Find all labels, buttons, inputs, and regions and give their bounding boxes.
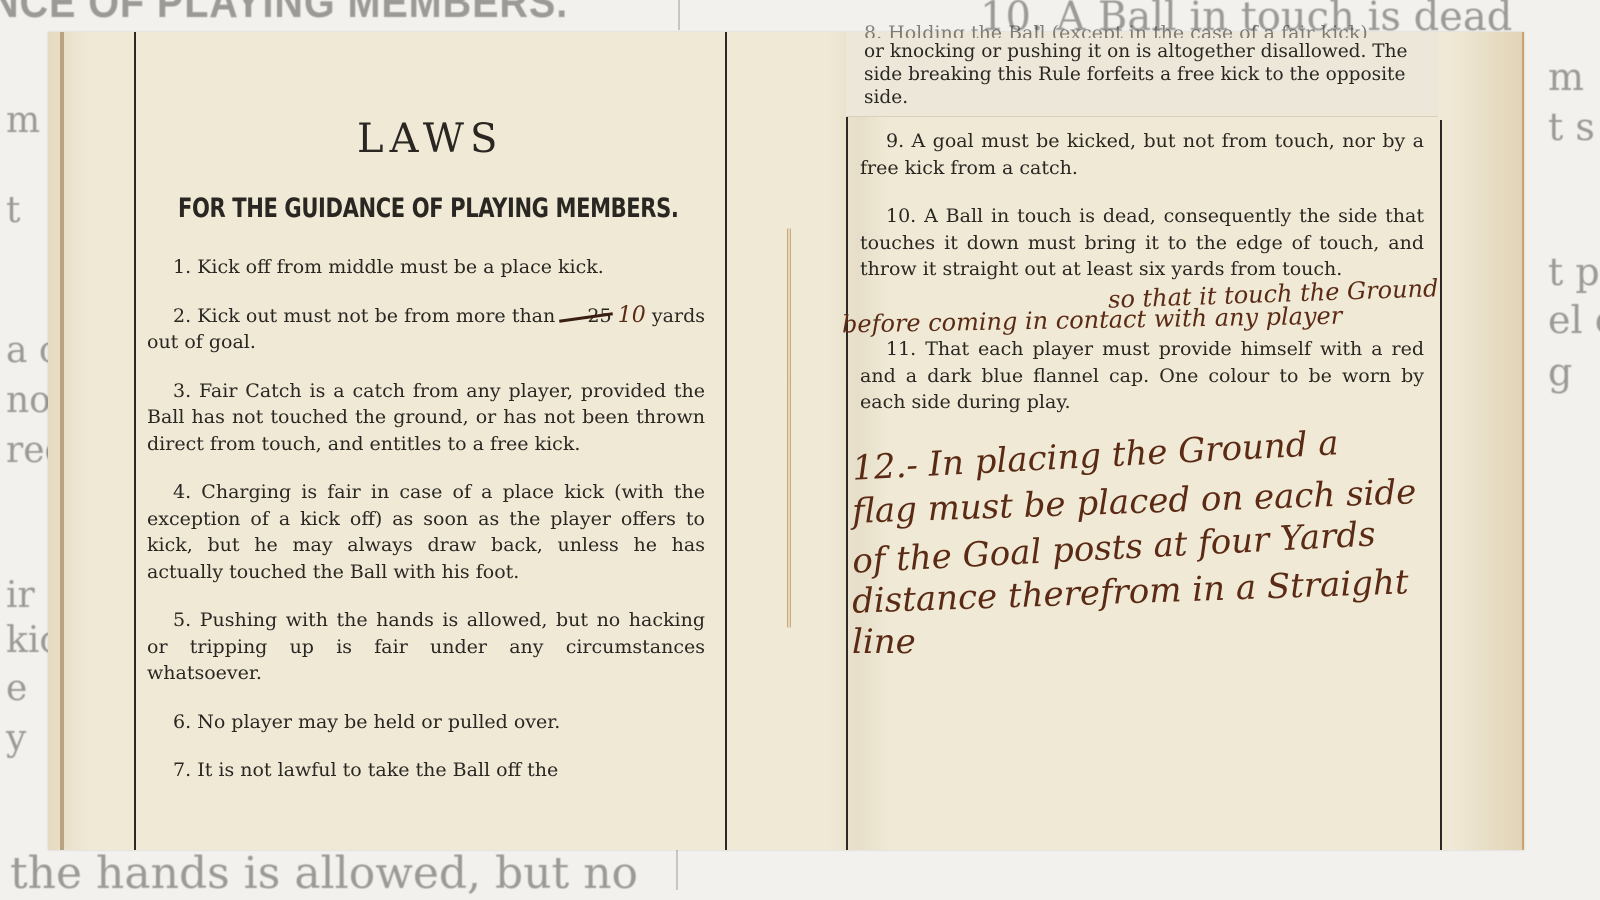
rule-11-block: 11. That each player must provide himsel… (860, 336, 1424, 438)
rule-11: 11. That each player must provide himsel… (860, 336, 1424, 416)
rule-7: 7. It is not lawful to take the Ball off… (147, 757, 705, 784)
center-column-rule (725, 32, 727, 850)
left-column-rule (134, 32, 136, 850)
background-right-fragment: t s (1548, 105, 1595, 149)
rule-6: 6. No player may be held or pulled over. (147, 709, 705, 736)
right-column-rule-left (846, 32, 848, 850)
background-left-fragment: t (6, 190, 20, 231)
background-bottom-fragment: the hands is allowed, but no (10, 848, 638, 899)
background-divider (676, 850, 678, 890)
left-column: 1. Kick off from middle must be a place … (147, 254, 705, 806)
brass-pin (782, 228, 796, 658)
background-left-fragment: no (6, 380, 51, 421)
document-title: LAWS (357, 116, 503, 162)
background-left-fragment: m (6, 100, 40, 141)
rule-5: 5. Pushing with the hands is allowed, bu… (147, 607, 705, 687)
rule-10: 10. A Ball in touch is dead, consequentl… (860, 203, 1424, 283)
background-left-fragment: ir (6, 575, 35, 616)
background-left-fragment: e (6, 668, 27, 709)
page-binding-edge (60, 32, 64, 850)
rule-3: 3. Fair Catch is a catch from any player… (147, 378, 705, 458)
rule-8-cut-line: 8. Holding the Ball (except in the case … (864, 20, 1436, 38)
rule-1: 1. Kick off from middle must be a place … (147, 254, 705, 281)
rule-9: 9. A goal must be kicked, but not from t… (860, 128, 1424, 181)
handwritten-correction: 10 (618, 303, 646, 328)
background-right-fragment: el c (1548, 298, 1600, 342)
handwritten-rule-12-line-5: line (852, 622, 916, 662)
right-column-rule-right (1440, 120, 1442, 850)
document-subtitle: FOR THE GUIDANCE OF PLAYING MEMBERS. (178, 193, 679, 224)
rule-4: 4. Charging is fair in case of a place k… (147, 479, 705, 585)
background-divider (678, 0, 680, 30)
rule-2: 2. Kick out must not be from more than 2… (147, 303, 705, 356)
page-right-edge (1522, 32, 1524, 850)
background-right-fragment: g (1548, 350, 1572, 394)
right-column: 9. A goal must be kicked, but not from t… (860, 128, 1424, 283)
background-left-fragment: y (6, 718, 26, 759)
background-heading-fragment: NCE OF PLAYING MEMBERS. (0, 0, 568, 28)
background-right-fragment: m (1548, 55, 1584, 99)
struck-value: 25 (561, 303, 611, 330)
rule-8: or knocking or pushing it on is altogeth… (864, 40, 1436, 109)
background-right-fragment: t p (1548, 250, 1600, 294)
